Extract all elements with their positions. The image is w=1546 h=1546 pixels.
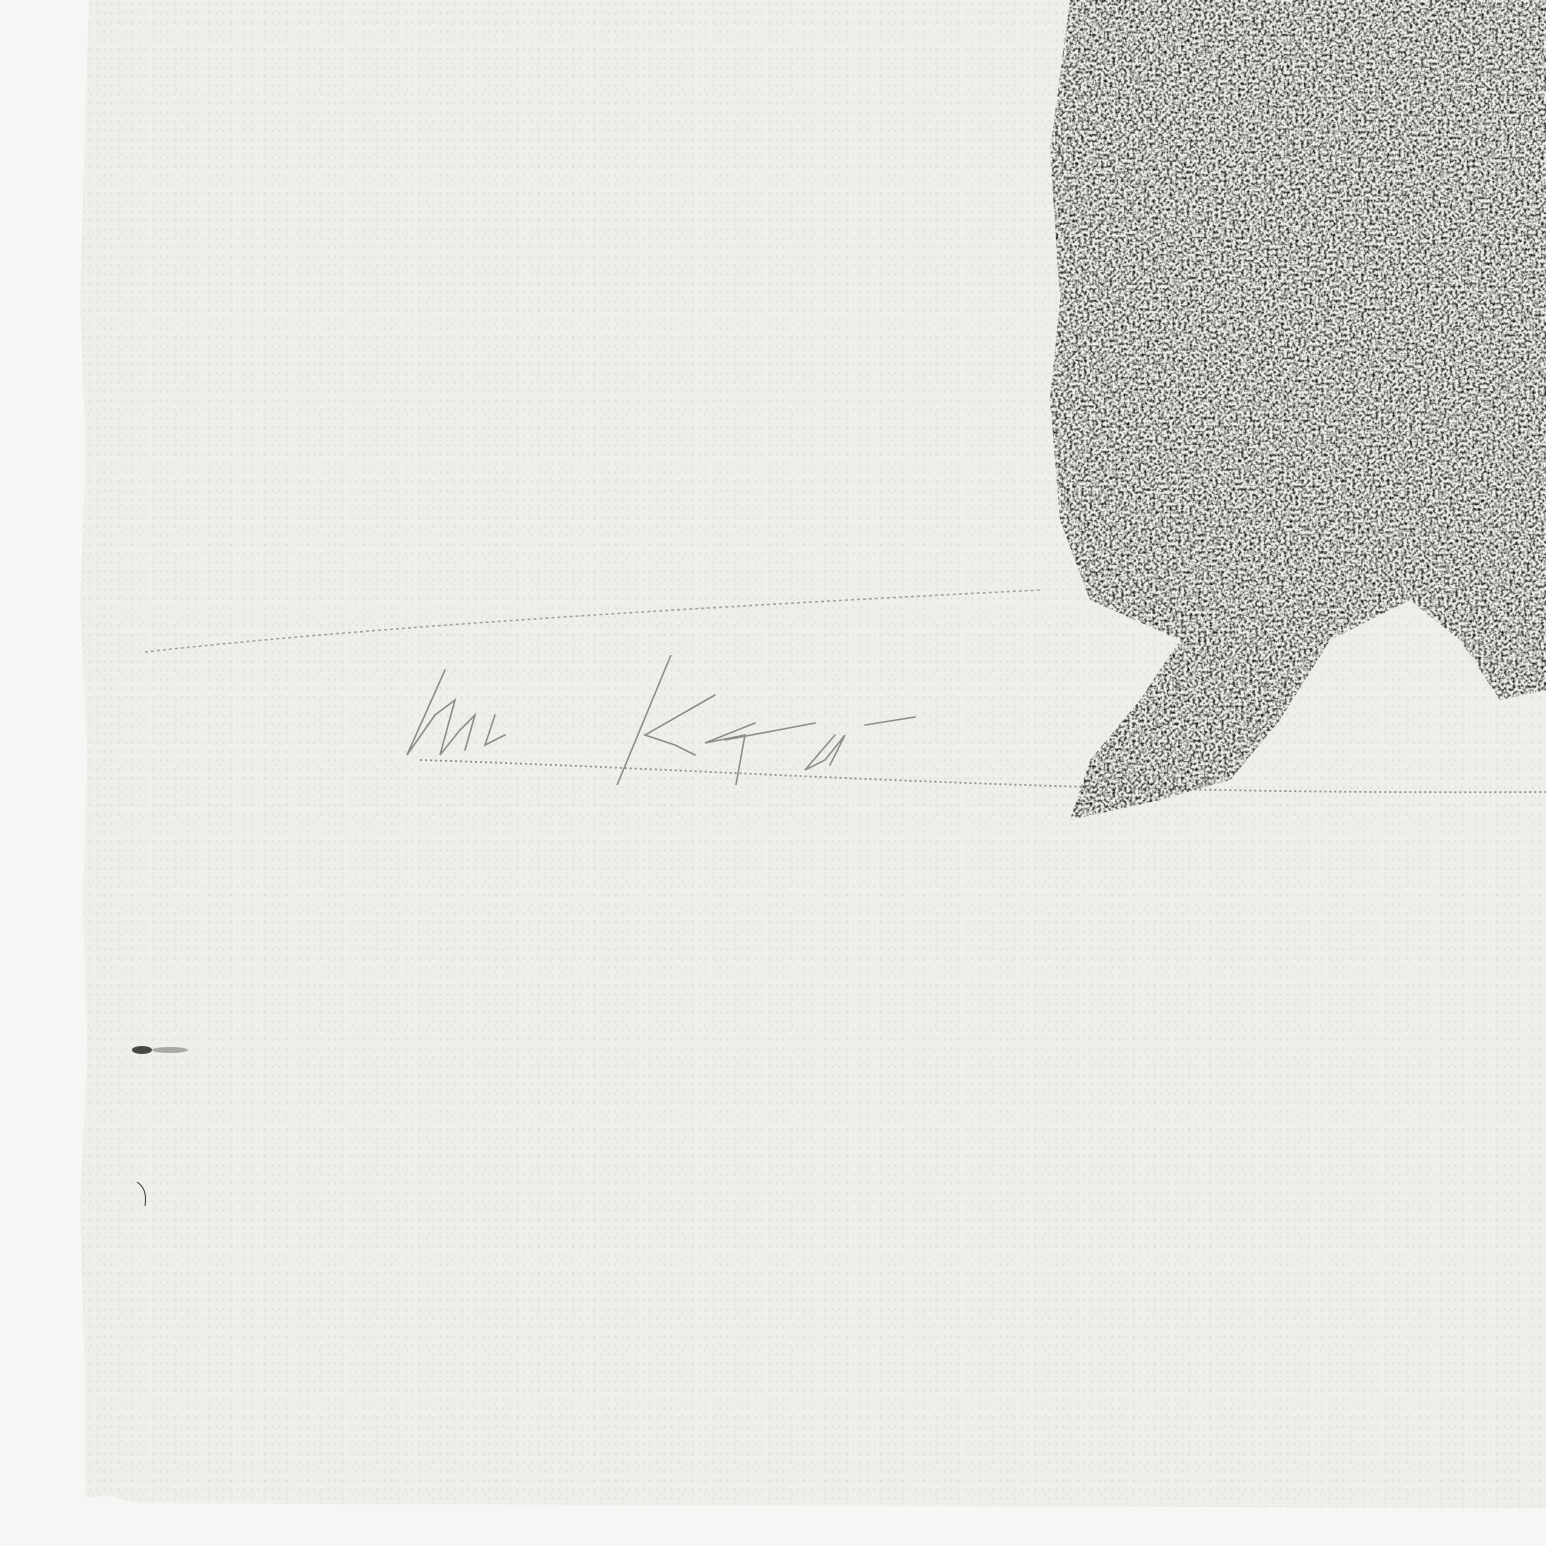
artist-signature: Alex Katz 05 — [395, 655, 955, 785]
signature-strokes — [395, 655, 955, 785]
ink-smudge — [120, 1038, 200, 1062]
lithograph-crayon-mass — [1030, 0, 1546, 820]
paper-fiber — [135, 1180, 155, 1210]
